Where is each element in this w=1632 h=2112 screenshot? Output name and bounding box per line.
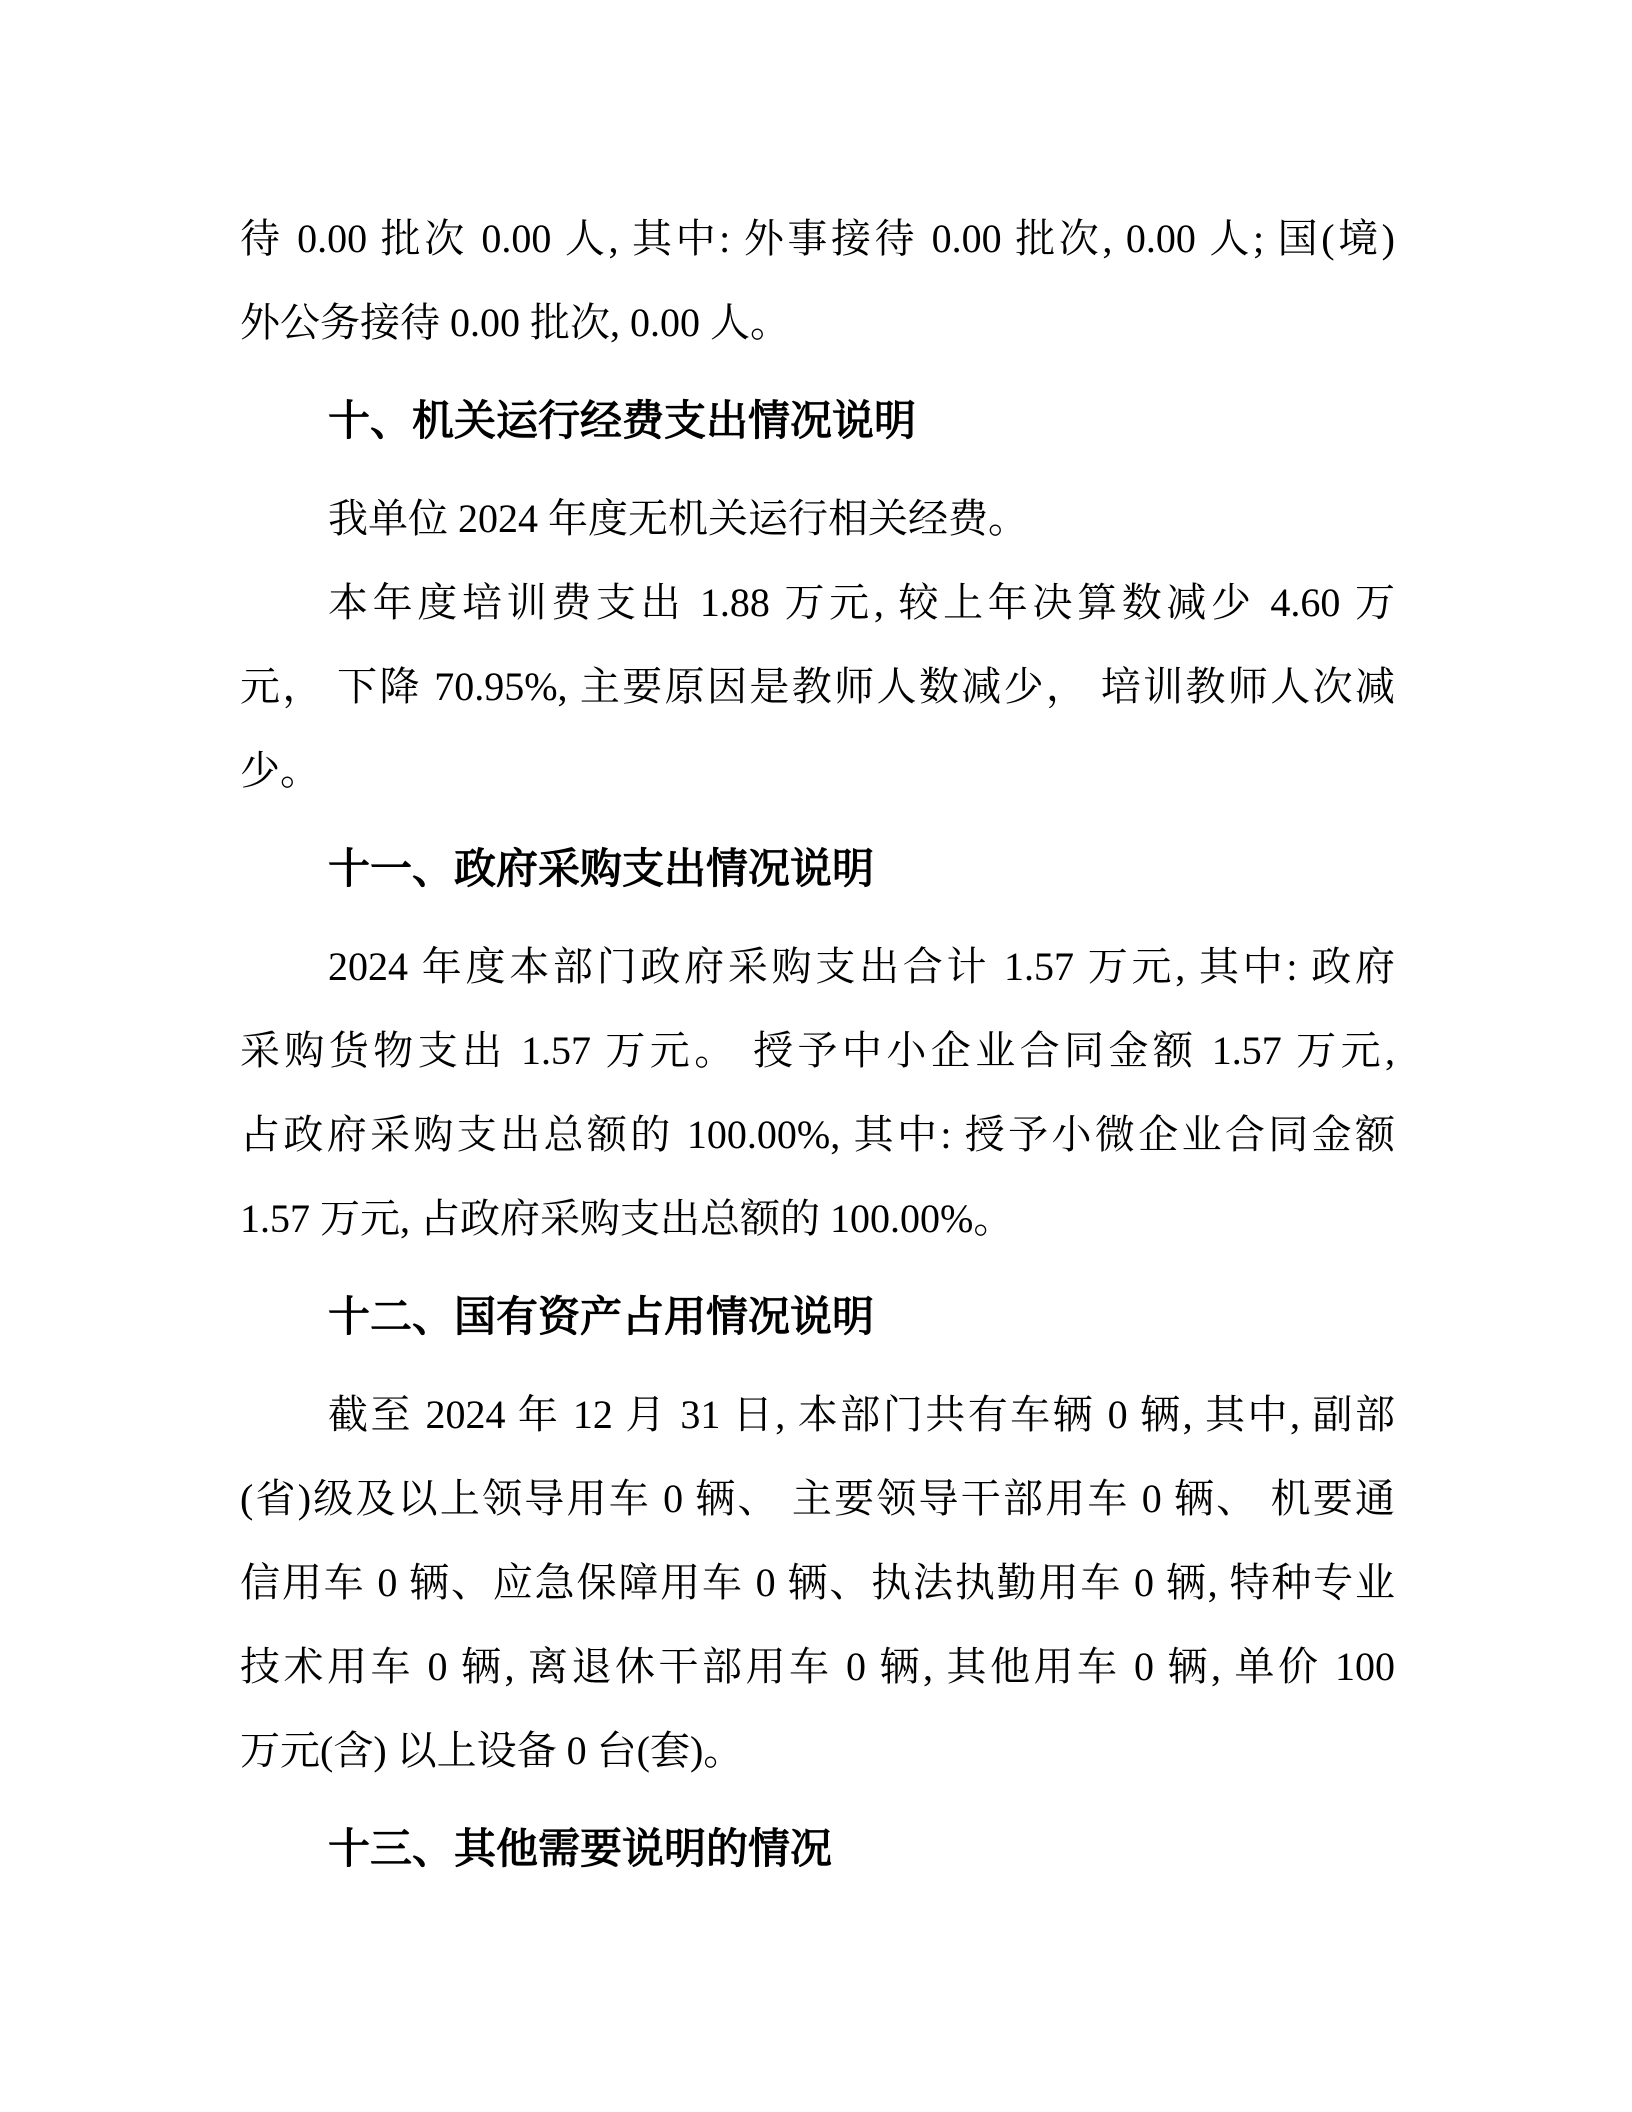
text-line: 万元(含) 以上设备 0 台(套)。 xyxy=(240,1709,1395,1793)
text-line: 少。 xyxy=(240,729,1395,813)
document-body: 待 0.00 批次 0.00 人, 其中: 外事接待 0.00 批次, 0.00… xyxy=(240,197,1395,1891)
text-line: (省)级及以上领导用车 0 辆、 主要领导干部用车 0 辆、 机要通 xyxy=(240,1457,1395,1541)
section-heading: 十一、政府采购支出情况说明 xyxy=(240,827,1395,911)
document-page: 待 0.00 批次 0.00 人, 其中: 外事接待 0.00 批次, 0.00… xyxy=(0,0,1632,2112)
text-line: 信用车 0 辆、应急保障用车 0 辆、执法执勤用车 0 辆, 特种专业 xyxy=(240,1541,1395,1625)
text-line: 外公务接待 0.00 批次, 0.00 人。 xyxy=(240,281,1395,365)
text-line: 截至 2024 年 12 月 31 日, 本部门共有车辆 0 辆, 其中, 副部 xyxy=(240,1373,1395,1457)
text-line: 本年度培训费支出 1.88 万元, 较上年决算数减少 4.60 万 xyxy=(240,561,1395,645)
text-line: 技术用车 0 辆, 离退休干部用车 0 辆, 其他用车 0 辆, 单价 100 xyxy=(240,1625,1395,1709)
text-line: 待 0.00 批次 0.00 人, 其中: 外事接待 0.00 批次, 0.00… xyxy=(240,197,1395,281)
text-line: 占政府采购支出总额的 100.00%, 其中: 授予小微企业合同金额 xyxy=(240,1093,1395,1177)
text-line: 1.57 万元, 占政府采购支出总额的 100.00%。 xyxy=(240,1177,1395,1261)
section-heading: 十二、国有资产占用情况说明 xyxy=(240,1275,1395,1359)
section-heading: 十、机关运行经费支出情况说明 xyxy=(240,379,1395,463)
text-line: 我单位 2024 年度无机关运行相关经费。 xyxy=(240,477,1395,561)
section-heading: 十三、其他需要说明的情况 xyxy=(240,1807,1395,1891)
text-line: 采购货物支出 1.57 万元。 授予中小企业合同金额 1.57 万元, xyxy=(240,1009,1395,1093)
text-line: 2024 年度本部门政府采购支出合计 1.57 万元, 其中: 政府 xyxy=(240,925,1395,1009)
text-line: 元， 下降 70.95%, 主要原因是教师人数减少， 培训教师人次减 xyxy=(240,645,1395,729)
